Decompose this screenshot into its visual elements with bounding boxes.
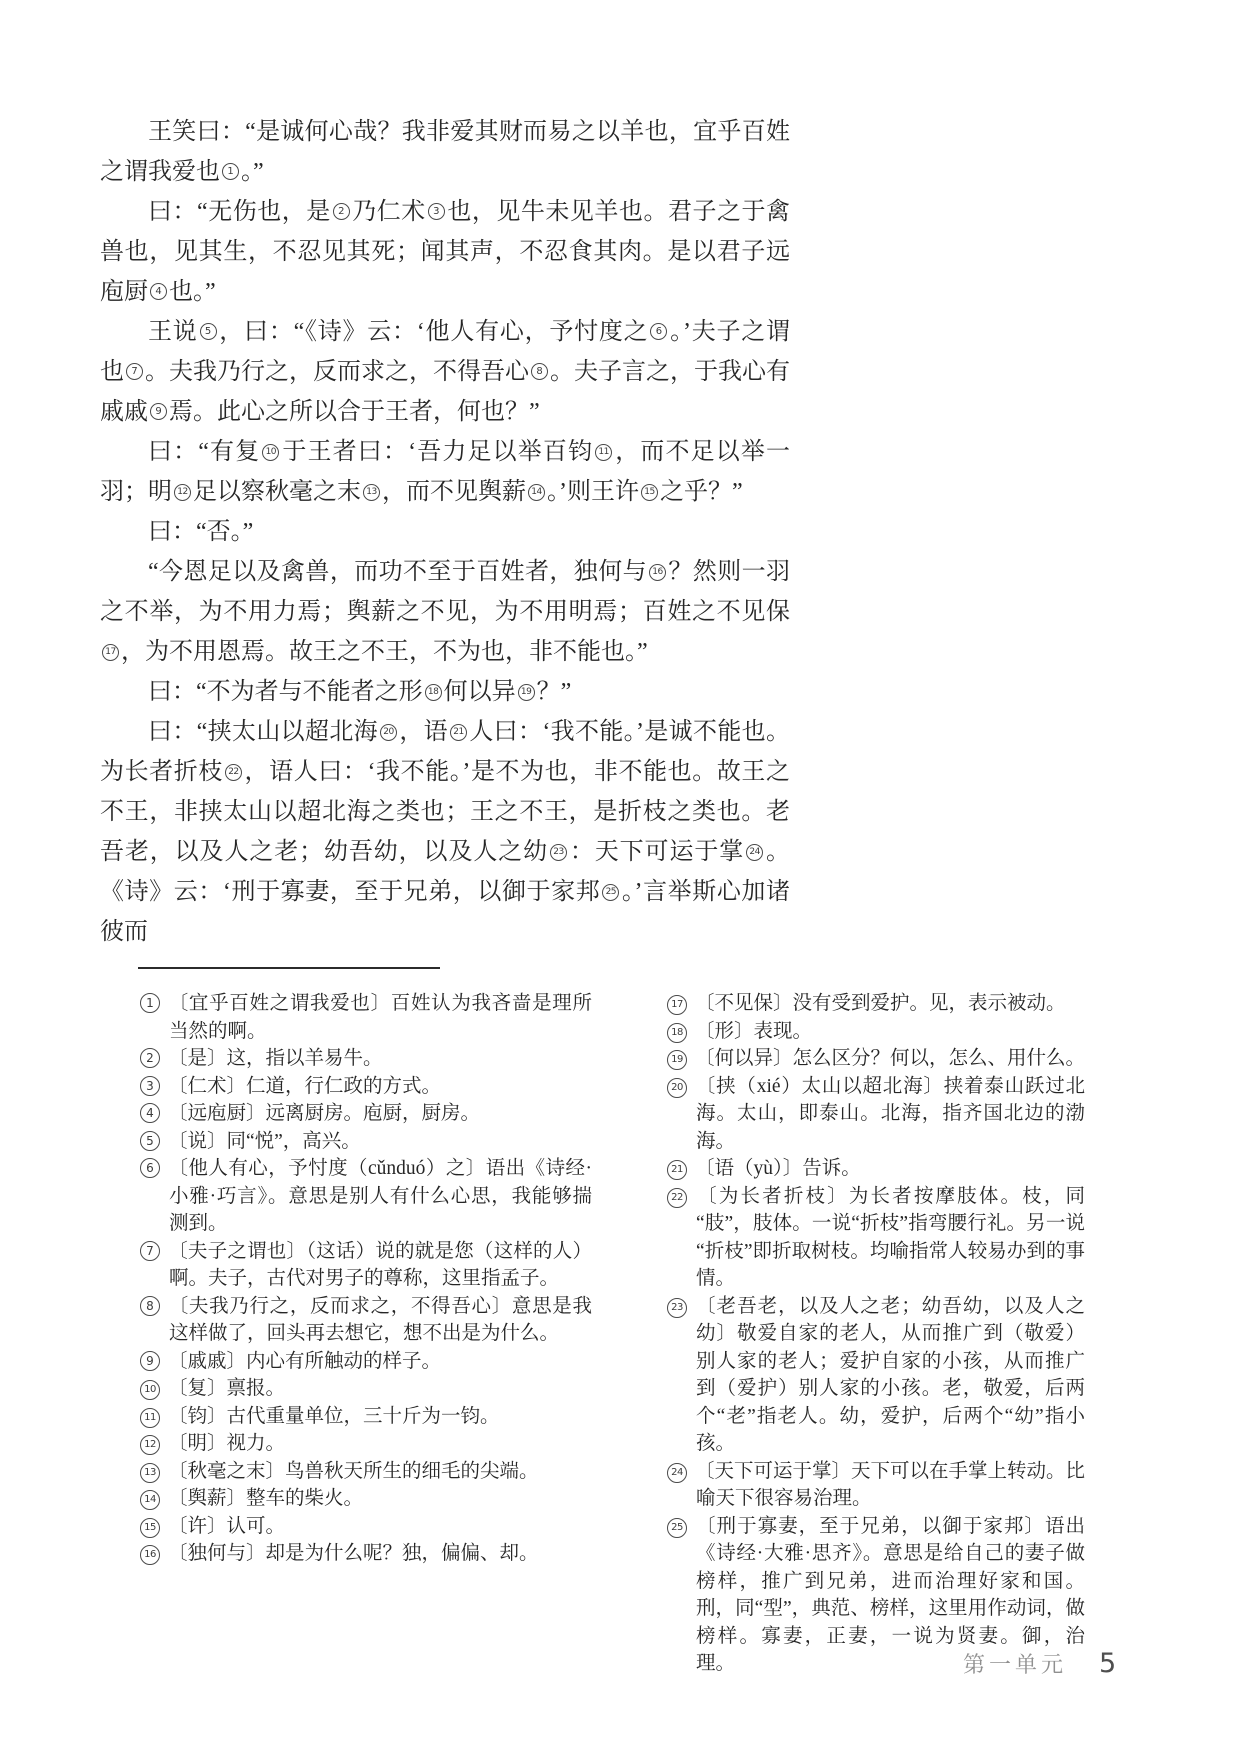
footnote-text: 〔戚戚〕内心有所触动的样子。 [168, 1351, 441, 1372]
footnote-8: 8〔夫我乃行之，反而求之，不得吾心〕意思是我这样做了，回头再去想它，想不出是为什… [140, 1293, 592, 1348]
note-ref-9: 9 [150, 403, 167, 420]
paragraph-5: 曰：“否。” [100, 512, 790, 552]
footnote-text: 〔不见保〕没有受到爱护。见，表示被动。 [695, 993, 1066, 1014]
footnote-text: 〔秋毫之末〕鸟兽秋天所生的细毛的尖端。 [168, 1461, 539, 1482]
footnote-number-icon: 3 [140, 1076, 160, 1096]
note-ref-20: 20 [380, 724, 397, 741]
footnote-number-icon: 1 [140, 993, 160, 1013]
footnote-text: 〔挟（xié）太山以超北海〕挟着泰山跃过北海。太山，即泰山。北海，指齐国北边的渤… [695, 1076, 1085, 1152]
footnote-number-icon: 10 [140, 1380, 160, 1400]
footnote-text: 〔明〕视力。 [168, 1433, 285, 1454]
textbook-page: 王笑曰：“是诚何心哉？我非爱其财而易之以羊也，宜乎百姓之谓我爱也1。”曰：“无伤… [0, 0, 1240, 1754]
note-ref-15: 15 [641, 484, 658, 501]
footnote-3: 3〔仁术〕仁道，行仁政的方式。 [140, 1073, 592, 1101]
note-ref-17: 17 [102, 644, 119, 661]
footnote-text: 〔语（yù）〕告诉。 [695, 1158, 861, 1179]
footnote-number-icon: 14 [140, 1490, 160, 1510]
note-ref-11: 11 [595, 444, 612, 461]
footnote-12: 12〔明〕视力。 [140, 1430, 592, 1458]
paragraph-2: 曰：“无伤也，是2乃仁术3也，见牛未见羊也。君子之于禽兽也，见其生，不忍见其死；… [100, 192, 790, 312]
footnote-13: 13〔秋毫之末〕鸟兽秋天所生的细毛的尖端。 [140, 1458, 592, 1486]
footnote-14: 14〔舆薪〕整车的柴火。 [140, 1485, 592, 1513]
footnote-number-icon: 23 [667, 1298, 687, 1318]
footnote-text: 〔夫子之谓也〕（这话）说的就是您（这样的人）啊。夫子，古代对男子的尊称，这里指孟… [168, 1241, 592, 1290]
footnote-text: 〔他人有心，予忖度（cǔnduó）之〕语出《诗经·小雅·巧言》。意思是别人有什么… [168, 1158, 592, 1234]
note-ref-6: 6 [650, 323, 667, 340]
footnote-number-icon: 9 [140, 1351, 160, 1371]
footnote-number-icon: 7 [140, 1241, 160, 1261]
lesson-body-text: 王笑曰：“是诚何心哉？我非爱其财而易之以羊也，宜乎百姓之谓我爱也1。”曰：“无伤… [100, 112, 790, 952]
footnote-text: 〔为长者折枝〕为长者按摩肢体。枝，同“肢”，肢体。一说“折枝”指弯腰行礼。另一说… [695, 1186, 1085, 1290]
note-ref-19: 19 [518, 684, 535, 701]
paragraph-3: 王说5，曰：“《诗》云：‘他人有心，予忖度之6。’夫子之谓也7。夫我乃行之，反而… [100, 312, 790, 432]
footnote-number-icon: 18 [667, 1023, 687, 1043]
footnote-text: 〔何以异〕怎么区分？何以，怎么、用什么。 [695, 1048, 1085, 1069]
footnote-number-icon: 6 [140, 1158, 160, 1178]
footnote-number-icon: 4 [140, 1103, 160, 1123]
footnote-18: 18〔形〕表现。 [667, 1018, 1085, 1046]
footnote-text: 〔是〕这，指以羊易牛。 [168, 1048, 383, 1069]
footnote-24: 24〔天下可运于掌〕天下可以在手掌上转动。比喻天下很容易治理。 [667, 1458, 1085, 1513]
footnote-number-icon: 17 [667, 995, 687, 1015]
note-ref-4: 4 [150, 283, 167, 300]
note-ref-2: 2 [333, 203, 350, 220]
paragraph-1: 王笑曰：“是诚何心哉？我非爱其财而易之以羊也，宜乎百姓之谓我爱也1。” [100, 112, 790, 192]
footnote-text: 〔天下可运于掌〕天下可以在手掌上转动。比喻天下很容易治理。 [695, 1461, 1085, 1510]
footnote-number-icon: 22 [667, 1188, 687, 1208]
note-ref-21: 21 [450, 724, 467, 741]
note-ref-16: 16 [649, 564, 666, 581]
footnote-number-icon: 12 [140, 1435, 160, 1455]
note-ref-22: 22 [225, 764, 242, 781]
footnote-text: 〔钧〕古代重量单位，三十斤为一钧。 [168, 1406, 500, 1427]
footnote-6: 6〔他人有心，予忖度（cǔnduó）之〕语出《诗经·小雅·巧言》。意思是别人有什… [140, 1155, 592, 1238]
footnote-17: 17〔不见保〕没有受到爱护。见，表示被动。 [667, 990, 1085, 1018]
footnote-number-icon: 19 [667, 1050, 687, 1070]
paragraph-7: 曰：“不为者与不能者之形18何以异19？” [100, 672, 790, 712]
footnote-22: 22〔为长者折枝〕为长者按摩肢体。枝，同“肢”，肢体。一说“折枝”指弯腰行礼。另… [667, 1183, 1085, 1293]
footnote-7: 7〔夫子之谓也〕（这话）说的就是您（这样的人）啊。夫子，古代对男子的尊称，这里指… [140, 1238, 592, 1293]
footnote-number-icon: 24 [667, 1463, 687, 1483]
footnote-10: 10〔复〕禀报。 [140, 1375, 592, 1403]
footnote-text: 〔形〕表现。 [695, 1021, 812, 1042]
page-footer: 第一单元 5 [963, 1648, 1116, 1679]
footnote-number-icon: 8 [140, 1296, 160, 1316]
footnote-number-icon: 20 [667, 1078, 687, 1098]
footnote-text: 〔说〕同“悦”，高兴。 [168, 1131, 361, 1152]
paragraph-6: “今恩足以及禽兽，而功不至于百姓者，独何与16？然则一羽之不举，为不用力焉；舆薪… [100, 552, 790, 672]
note-ref-18: 18 [425, 684, 442, 701]
footnote-11: 11〔钧〕古代重量单位，三十斤为一钧。 [140, 1403, 592, 1431]
note-ref-3: 3 [428, 203, 445, 220]
footnote-number-icon: 5 [140, 1131, 160, 1151]
note-ref-12: 12 [174, 484, 191, 501]
footnote-19: 19〔何以异〕怎么区分？何以，怎么、用什么。 [667, 1045, 1085, 1073]
footnote-5: 5〔说〕同“悦”，高兴。 [140, 1128, 592, 1156]
note-ref-25: 25 [602, 884, 619, 901]
footnote-text: 〔独何与〕却是为什么呢？独，偏偏、却。 [168, 1543, 539, 1564]
footnote-1: 1〔宜乎百姓之谓我爱也〕百姓认为我吝啬是理所当然的啊。 [140, 990, 592, 1045]
note-ref-5: 5 [200, 323, 217, 340]
note-ref-24: 24 [746, 844, 763, 861]
footnote-text: 〔远庖厨〕远离厨房。庖厨，厨房。 [168, 1103, 480, 1124]
note-ref-14: 14 [528, 484, 545, 501]
footnote-2: 2〔是〕这，指以羊易牛。 [140, 1045, 592, 1073]
footnote-text: 〔复〕禀报。 [168, 1378, 285, 1399]
footnote-number-icon: 25 [667, 1518, 687, 1538]
footnote-15: 15〔许〕认可。 [140, 1513, 592, 1541]
footnote-number-icon: 13 [140, 1463, 160, 1483]
footnote-number-icon: 15 [140, 1518, 160, 1538]
footnote-23: 23〔老吾老，以及人之老；幼吾幼，以及人之幼〕敬爱自家的老人，从而推广到（敬爱）… [667, 1293, 1085, 1458]
footnote-text: 〔夫我乃行之，反而求之，不得吾心〕意思是我这样做了，回头再去想它，想不出是为什么… [168, 1296, 592, 1345]
footnote-number-icon: 16 [140, 1545, 160, 1565]
note-ref-13: 13 [363, 484, 380, 501]
paragraph-4: 曰：“有复10于王者曰：‘吾力足以举百钧11，而不足以举一羽；明12足以察秋毫之… [100, 432, 790, 512]
footnote-number-icon: 21 [667, 1160, 687, 1180]
footnote-text: 〔宜乎百姓之谓我爱也〕百姓认为我吝啬是理所当然的啊。 [168, 993, 592, 1042]
footnote-text: 〔仁术〕仁道，行仁政的方式。 [168, 1076, 441, 1097]
paragraph-8: 曰：“挟太山以超北海20，语21人曰：‘我不能。’是诚不能也。为长者折枝22，语… [100, 712, 790, 952]
note-ref-10: 10 [262, 444, 279, 461]
footnote-number-icon: 2 [140, 1048, 160, 1068]
unit-label: 第一单元 [963, 1648, 1067, 1679]
footnote-4: 4〔远庖厨〕远离厨房。庖厨，厨房。 [140, 1100, 592, 1128]
footnote-text: 〔老吾老，以及人之老；幼吾幼，以及人之幼〕敬爱自家的老人，从而推广到（敬爱）别人… [695, 1296, 1085, 1455]
note-ref-8: 8 [531, 363, 548, 380]
footnote-16: 16〔独何与〕却是为什么呢？独，偏偏、却。 [140, 1540, 592, 1568]
footnote-number-icon: 11 [140, 1408, 160, 1428]
footnote-divider [138, 967, 440, 969]
note-ref-23: 23 [550, 844, 567, 861]
footnote-text: 〔舆薪〕整车的柴火。 [168, 1488, 363, 1509]
footnotes-right-column: 17〔不见保〕没有受到爱护。见，表示被动。18〔形〕表现。19〔何以异〕怎么区分… [667, 990, 1085, 1678]
note-ref-7: 7 [126, 363, 143, 380]
footnote-21: 21〔语（yù）〕告诉。 [667, 1155, 1085, 1183]
footnote-9: 9〔戚戚〕内心有所触动的样子。 [140, 1348, 592, 1376]
note-ref-1: 1 [222, 163, 239, 180]
footnote-text: 〔许〕认可。 [168, 1516, 285, 1537]
footnote-20: 20〔挟（xié）太山以超北海〕挟着泰山跃过北海。太山，即泰山。北海，指齐国北边… [667, 1073, 1085, 1156]
footnotes-left-column: 1〔宜乎百姓之谓我爱也〕百姓认为我吝啬是理所当然的啊。2〔是〕这，指以羊易牛。3… [140, 990, 592, 1568]
page-number: 5 [1099, 1648, 1116, 1679]
